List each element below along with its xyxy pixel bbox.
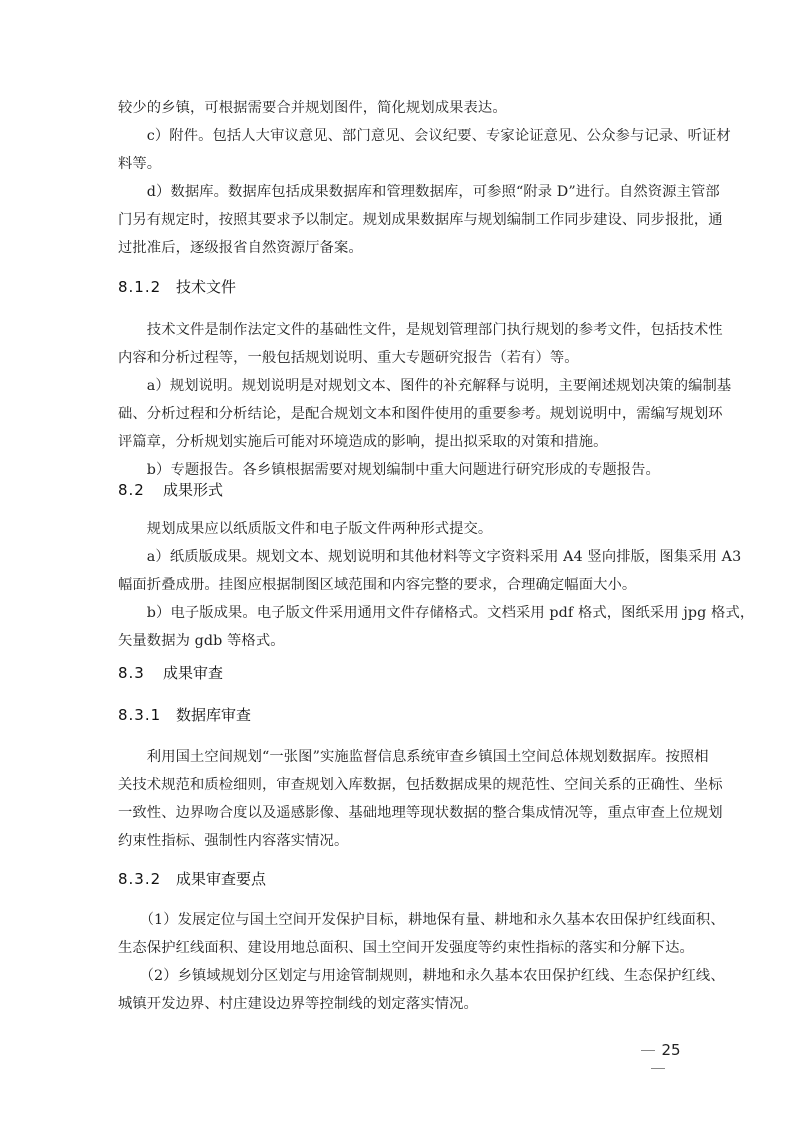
section-heading-8-2: 8.2成果形式 — [118, 479, 223, 500]
paragraph-line: 一致性、边界吻合度以及遥感影像、基础地理等现状数据的整合集成情况等，重点审查上位… — [118, 799, 710, 827]
heading-number: 8.3 — [118, 664, 163, 682]
paragraph-line: 门另有规定时，按照其要求予以制定。规划成果数据库与规划编制工作同步建设、同步报批… — [118, 206, 710, 234]
paragraph-line: d）数据库。数据库包括成果数据库和管理数据库，可参照“附录 D”进行。自然资源主… — [118, 178, 710, 206]
paragraph-line: （2）乡镇域规划分区划定与用途管制规则，耕地和永久基本农田保护红线、生态保护红线… — [118, 962, 710, 990]
paragraph-line: c）附件。包括人大审议意见、部门意见、会议纪要、专家论证意见、公众参与记录、听证… — [118, 122, 710, 150]
paragraph-line: 较少的乡镇，可根据需要合并规划图件，简化规划成果表达。 — [118, 94, 710, 122]
paragraph-line: a）纸质版成果。规划文本、规划说明和其他材料等文字资料采用 A4 竖向排版，图集… — [118, 543, 710, 571]
paragraph-line: 规划成果应以纸质版文件和电子版文件两种形式提交。 — [118, 515, 710, 543]
paragraph-line: 关技术规范和质检细则，审查规划入库数据，包括数据成果的规范性、空间关系的正确性、… — [118, 771, 710, 799]
heading-number: 8.2 — [118, 481, 163, 499]
heading-number: 8.3.1 — [118, 706, 176, 724]
paragraph-line: 利用国土空间规划“一张图”实施监督信息系统审查乡镇国土空间总体规划数据库。按照相 — [118, 743, 710, 771]
heading-number: 8.3.2 — [118, 870, 176, 888]
heading-title: 技术文件 — [176, 278, 236, 296]
paragraph-line: 城镇开发边界、村庄建设边界等控制线的划定落实情况。 — [118, 990, 710, 1018]
paragraph-line: 幅面折叠成册。挂图应根据制图区域范围和内容完整的要求，合理确定幅面大小。 — [118, 571, 710, 599]
page-number: 25 — [661, 1041, 680, 1059]
section-heading-8-3-1: 8.3.1数据库审查 — [118, 704, 251, 725]
paragraph-line: 内容和分析过程等，一般包括规划说明、重大专题研究报告（若有）等。 — [118, 344, 710, 372]
dash-decoration — [641, 1050, 655, 1051]
section-heading-8-3-2: 8.3.2成果审查要点 — [118, 868, 266, 889]
dash-decoration — [651, 1068, 665, 1069]
page-footer: 25 — [628, 1041, 688, 1077]
section-heading-8-1-2: 8.1.2技术文件 — [118, 276, 236, 297]
heading-number: 8.1.2 — [118, 278, 176, 296]
paragraph-line: 约束性指标、强制性内容落实情况。 — [118, 827, 710, 855]
heading-title: 成果审查 — [163, 664, 223, 682]
paragraph-line: 技术文件是制作法定文件的基础性文件，是规划管理部门执行规划的参考文件，包括技术性 — [118, 316, 710, 344]
paragraph-line: 评篇章，分析规划实施后可能对环境造成的影响，提出拟采取的对策和措施。 — [118, 428, 710, 456]
paragraph-line: b）电子版成果。电子版文件采用通用文件存储格式。文档采用 pdf 格式，图纸采用… — [118, 599, 710, 627]
paragraph-line: 料等。 — [118, 150, 710, 178]
heading-title: 成果审查要点 — [176, 870, 266, 888]
paragraph-line: 础、分析过程和分析结论，是配合规划文本和图件使用的重要参考。规划说明中，需编写规… — [118, 400, 710, 428]
paragraph-line: a）规划说明。规划说明是对规划文本、图件的补充解释与说明，主要阐述规划决策的编制… — [118, 372, 710, 400]
section-heading-8-3: 8.3成果审查 — [118, 662, 223, 683]
heading-title: 数据库审查 — [176, 706, 251, 724]
paragraph-line: 过批准后，逐级报省自然资源厅备案。 — [118, 234, 710, 262]
paragraph-line: 矢量数据为 gdb 等格式。 — [118, 627, 710, 655]
paragraph-line: 生态保护红线面积、建设用地总面积、国土空间开发强度等约束性指标的落实和分解下达。 — [118, 934, 710, 962]
heading-title: 成果形式 — [163, 481, 223, 499]
paragraph-line: （1）发展定位与国土空间开发保护目标，耕地保有量、耕地和永久基本农田保护红线面积… — [118, 906, 710, 934]
